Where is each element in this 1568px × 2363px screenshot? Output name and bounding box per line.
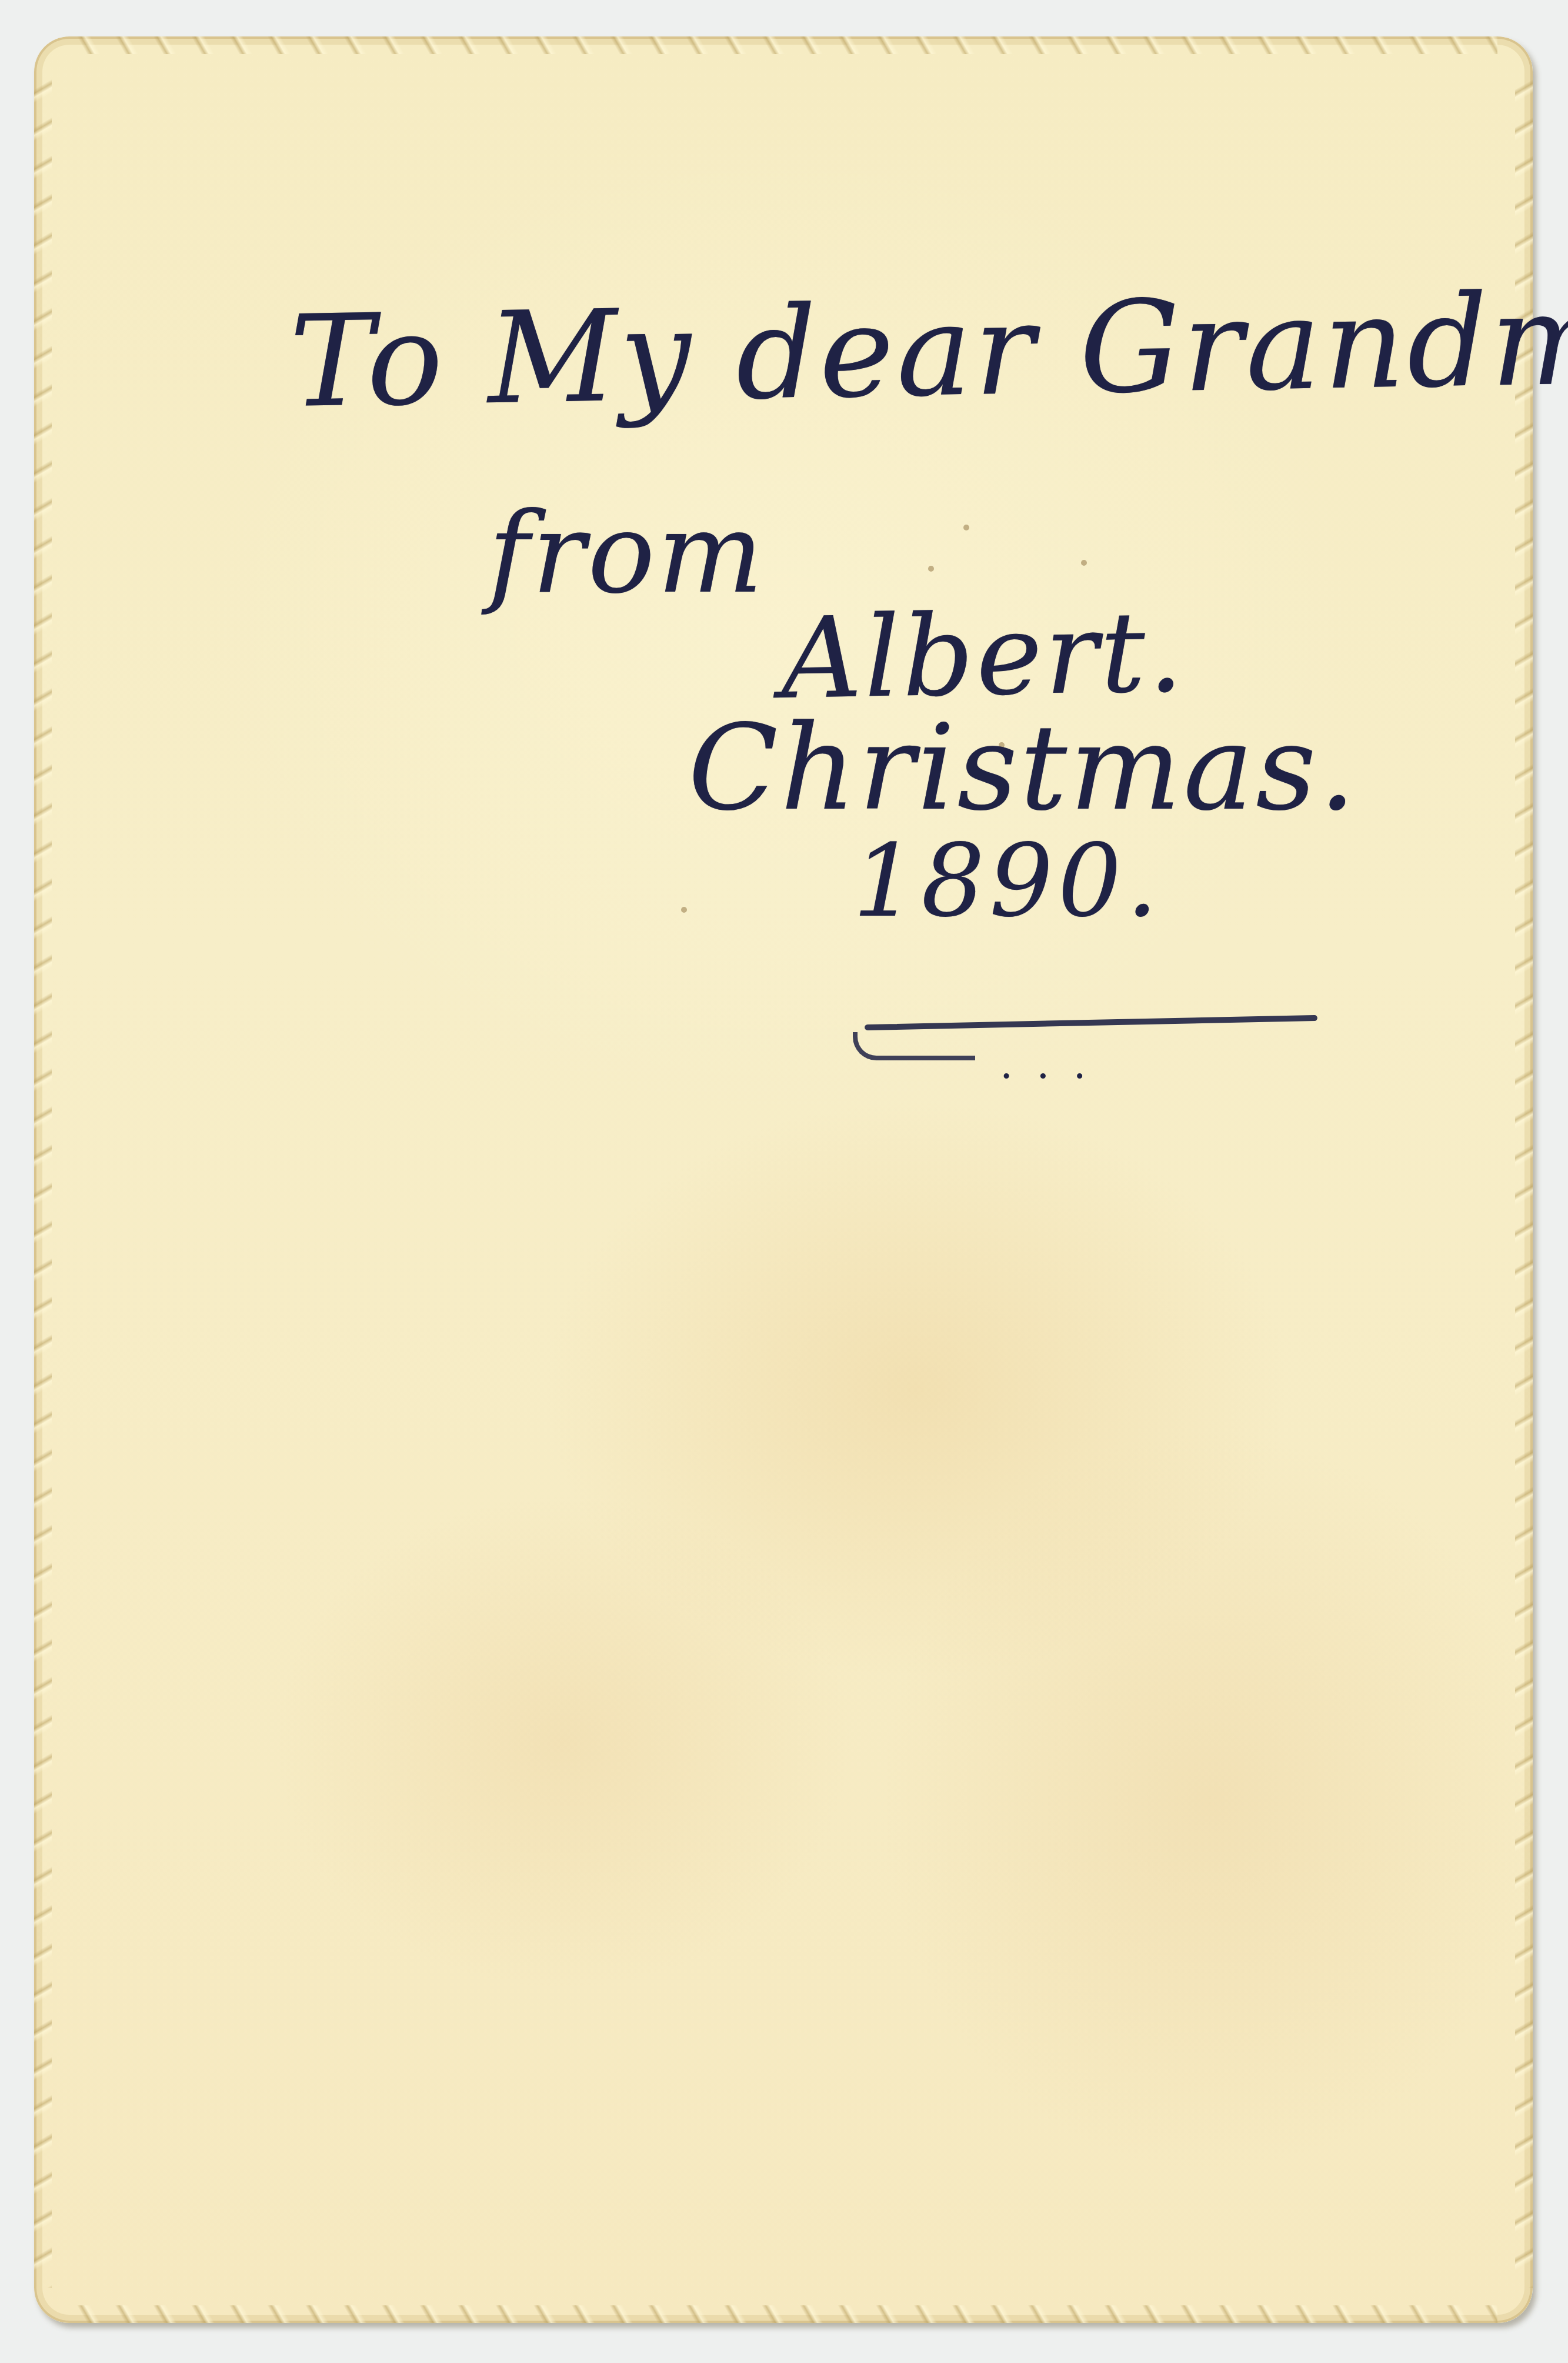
scalloped-edge-bottom [69, 2305, 1497, 2323]
foxing-spot [1081, 560, 1087, 566]
inscription-line-year: 1890. [853, 823, 1163, 940]
inscription-line-from: from [488, 488, 766, 618]
foxing-spot [928, 566, 934, 572]
foxing-spot [681, 907, 687, 913]
year-dots: ... [1000, 1040, 1110, 1088]
scalloped-edge-top [69, 36, 1497, 54]
inscription-line-recipient: To My dear Grandmother [289, 259, 1568, 436]
foxing-spot [963, 525, 969, 530]
inscription-line-occasion: Christmas. [688, 700, 1359, 837]
year-underline-flourish [853, 1032, 975, 1060]
scalloped-edge-left [34, 72, 52, 2288]
